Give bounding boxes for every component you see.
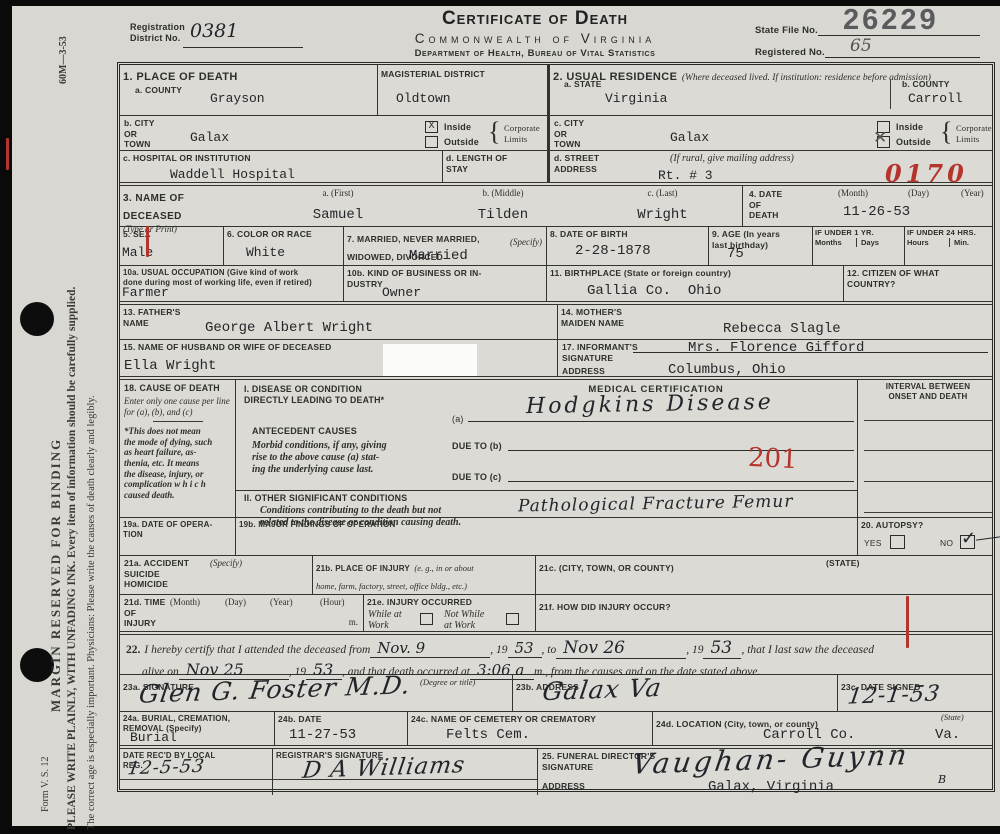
red-stamp-0170: 0170 — [885, 159, 968, 188]
cause-note-1: Enter only one cause per line for (a), (… — [124, 396, 231, 417]
place-county-cell: 1. PLACE OF DEATH a. COUNTY Grayson — [120, 65, 378, 115]
dod-year-label: (Year) — [961, 188, 984, 199]
hours-label: Hours — [907, 238, 949, 247]
physician-signature-cell: 23a. SIGNATURE (Degree or title) Glen G.… — [120, 675, 513, 711]
birthplace-cell: 11. BIRTHPLACE (State or foreign country… — [547, 266, 844, 301]
autopsy-no-label: NO — [940, 538, 953, 549]
date-received-cell: DATE REC'D BY LOCAL REG. 12-5-53 — [120, 749, 273, 795]
registered-no-line — [825, 36, 980, 58]
row-cause-of-death: 18. CAUSE OF DEATH Enter only one cause … — [120, 380, 992, 518]
degree-title-note: (Degree or title) — [420, 677, 475, 687]
place-corporate-label: Corporate Limits — [504, 123, 540, 144]
certify-from-year: 53 — [508, 639, 542, 658]
last-name-value: Wright — [586, 207, 739, 223]
middle-name-cell: b. (Middle) Tilden — [423, 186, 583, 226]
row-place-residence: 1. PLACE OF DEATH a. COUNTY Grayson MAGI… — [120, 65, 992, 116]
race-cell: 6. COLOR OR RACE White — [224, 227, 344, 265]
cemetery-label: 24c. NAME OF CEMETERY OR CREMATORY — [411, 714, 649, 725]
cause-a-label: (a) — [452, 414, 464, 425]
first-name-cell: a. (First) Samuel — [253, 186, 423, 226]
spouse-cell: 15. NAME OF HUSBAND OR WIFE OF DECEASED … — [120, 340, 558, 376]
state-file-stamp: 26229 — [843, 4, 939, 37]
certify-text-5: , that I last saw the deceased — [741, 644, 874, 656]
red-mark-injury — [906, 596, 909, 648]
redaction-box — [383, 344, 477, 376]
title-certificate-of-death: Certificate of Death — [330, 8, 740, 30]
red-mark-left-edge — [6, 138, 9, 170]
physician-signature-value: Glen G. Foster M.D. — [137, 670, 413, 708]
informant-address-label: ADDRESS — [562, 366, 605, 377]
cause-code-201: 201 — [747, 443, 798, 476]
accident-label: 21a. ACCIDENT SUICIDE HOMICIDE — [124, 558, 189, 590]
name-label-cell: 3. NAME OF DECEASED (Type or Print) — [120, 186, 253, 226]
date-signed-cell: 23c. DATE SIGNED 12-1-53 — [838, 675, 998, 711]
while-at-work-label: While at Work — [368, 609, 402, 631]
birthplace-value: Gallia Co. Ohio — [587, 283, 721, 299]
under-24hrs-columns: Hours Min. — [907, 238, 996, 247]
injury-city-cell: 21c. (CITY, TOWN, OR COUNTY) (STATE) — [536, 556, 998, 594]
under-24hrs-cell: IF UNDER 24 HRS. Hours Min. — [905, 227, 998, 265]
residence-county-label: b. COUNTY — [902, 79, 950, 90]
certify-text-3: , to — [542, 644, 557, 656]
industry-cell: 10b. KIND OF BUSINESS OR IN- DUSTRY Owne… — [344, 266, 547, 301]
not-while-at-work-checkbox — [506, 613, 519, 625]
autopsy-yes-checkbox — [890, 535, 905, 549]
burial-type-value: Burial — [130, 730, 177, 745]
certify-text-2: , 19 — [490, 644, 507, 656]
race-value: White — [246, 245, 285, 260]
occupation-value: Farmer — [122, 285, 169, 300]
row-registrar-funeral: DATE REC'D BY LOCAL REG. 12-5-53 REGISTR… — [120, 749, 992, 795]
place-city-cell: b. CITY OR TOWN Galax X Inside Outside {… — [120, 116, 548, 150]
residence-state-label: a. STATE — [564, 79, 602, 90]
middle-name-value: Tilden — [426, 207, 580, 223]
last-name-label: c. (Last) — [586, 188, 739, 199]
mother-cell: 14. MOTHER'S MAIDEN NAME Rebecca Slagle — [558, 305, 998, 339]
physician-address-cell: 23b. ADDRESS Galax Va — [513, 675, 838, 711]
margin-binding-note: MARGIN RESERVED FOR BINDING — [48, 438, 64, 712]
residence-corporate-label: Corporate Limits — [956, 123, 992, 144]
row-occupation: 10a. USUAL OCCUPATION (Give kind of work… — [120, 266, 992, 305]
spouse-label: 15. NAME OF HUSBAND OR WIFE OF DECEASED — [123, 342, 554, 353]
age-value: 75 — [727, 246, 744, 262]
accident-cell: 21a. ACCIDENT SUICIDE HOMICIDE (Specify) — [120, 556, 313, 594]
informant-address-value: Columbus, Ohio — [668, 362, 786, 378]
industry-label: 10b. KIND OF BUSINESS OR IN- DUSTRY — [347, 268, 543, 289]
sex-cell: 5. SEX Male — [120, 227, 224, 265]
marital-value: Married — [409, 248, 468, 264]
row-injury-bottom: 21d. TIME OF INJURY (Month) (Day) (Year)… — [120, 595, 992, 635]
row-physician-signature: 23a. SIGNATURE (Degree or title) Glen G.… — [120, 675, 992, 712]
informant-cell: 17. INFORMANT'S SIGNATURE Mrs. Florence … — [558, 340, 998, 376]
place-city-value: Galax — [190, 130, 229, 145]
registrar-signature-cell: REGISTRAR'S SIGNATURE D A Williams — [273, 749, 538, 795]
months-label: Months — [815, 238, 856, 247]
last-name-cell: c. (Last) Wright — [583, 186, 743, 226]
place-outside-checkbox — [425, 136, 438, 148]
place-city-label: b. CITY OR TOWN — [124, 118, 155, 150]
residence-divider — [890, 79, 891, 109]
hospital-value: Waddell Hospital — [170, 167, 295, 182]
street-address-cell: d. STREET ADDRESS (If rural, give mailin… — [548, 151, 998, 182]
residence-state-value: Virginia — [605, 91, 667, 106]
usual-residence-note: (Where deceased lived. If institution: r… — [682, 73, 931, 83]
row-injury-top: 21a. ACCIDENT SUICIDE HOMICIDE (Specify)… — [120, 556, 992, 595]
funeral-director-mark: B — [938, 773, 946, 786]
under-1yr-cell: IF UNDER 1 YR. Months Days — [813, 227, 905, 265]
other-conditions-divider — [236, 490, 857, 491]
dob-value: 2-28-1878 — [575, 243, 651, 259]
middle-name-label: b. (Middle) — [426, 188, 580, 199]
date-of-death-label: 4. DATE OF DEATH — [749, 189, 782, 221]
informant-label: 17. INFORMANT'S SIGNATURE — [562, 342, 638, 363]
cause-a-value: Hodgkins Disease — [526, 390, 774, 419]
operation-findings-cell: 19b. MAJOR FINDINGS OF OPERATION — [236, 518, 858, 555]
burial-location-cell: 24d. LOCATION (City, town, or county) (S… — [653, 712, 998, 745]
burial-location-state-label: (State) — [941, 712, 964, 722]
certify-to-year: 53 — [703, 638, 741, 659]
registered-no-value: 65 — [850, 36, 872, 56]
margin-print-code: 60M—3-53 — [58, 36, 69, 84]
injury-year-label: (Year) — [270, 597, 293, 608]
burial-location-state-value: Va. — [935, 727, 960, 743]
certificate-form: 1. PLACE OF DEATH a. COUNTY Grayson MAGI… — [117, 62, 995, 792]
red-mark-sex — [146, 226, 149, 257]
dod-day-label: (Day) — [908, 188, 929, 199]
magisterial-district-cell: MAGISTERIAL DISTRICT Oldtown — [378, 65, 548, 115]
funeral-director-cell: 25. FUNERAL DIRECTOR'S SIGNATURE Vaughan… — [538, 749, 998, 795]
row-city-town: b. CITY OR TOWN Galax X Inside Outside {… — [120, 116, 992, 151]
residence-city-value: Galax — [670, 130, 709, 145]
burial-date-cell: 24b. DATE 11-27-53 — [275, 712, 408, 745]
registration-district-line — [183, 26, 303, 48]
certify-to-date: Nov 26 — [556, 638, 686, 659]
date-of-death-value: 11-26-53 — [843, 204, 910, 220]
row-spouse-informant: 15. NAME OF HUSBAND OR WIFE OF DECEASED … — [120, 340, 992, 380]
antecedent-causes-label: ANTECEDENT CAUSES — [252, 426, 357, 437]
row-operation-autopsy: 19a. DATE OF OPERA- TION 19b. MAJOR FIND… — [120, 518, 992, 556]
interval-line-2 — [864, 450, 992, 451]
how-injury-cell: 21f. HOW DID INJURY OCCUR? — [536, 595, 998, 631]
under-1yr-label: IF UNDER 1 YR. — [815, 228, 902, 237]
row-vitals: 5. SEX Male 6. COLOR OR RACE White 7. MA… — [120, 227, 992, 266]
certify-from-date: Nov. 9 — [370, 639, 490, 658]
injury-city-label: 21c. (CITY, TOWN, OR COUNTY) — [539, 563, 674, 573]
operation-date-cell: 19a. DATE OF OPERA- TION — [120, 518, 236, 555]
place-corporate-brace: { — [488, 117, 500, 147]
cause-note-divider — [153, 421, 203, 422]
residence-inside-label: Inside — [896, 122, 923, 133]
residence-city-label: c. CITY OR TOWN — [554, 118, 584, 150]
place-county-value: Grayson — [210, 91, 265, 106]
registration-district-label: Registration District No. — [130, 22, 185, 45]
how-injury-label: 21f. HOW DID INJURY OCCUR? — [539, 602, 671, 612]
margin-write-plainly-note: PLEASE WRITE PLAINLY, WITH UNFADING INK.… — [66, 287, 78, 830]
autopsy-mark-tail — [976, 536, 1000, 540]
margin-form-number: Form V. S. 12 — [40, 757, 51, 812]
injury-hour-label: (Hour) — [320, 597, 345, 608]
cause-b-line — [508, 424, 854, 451]
injury-occurred-cell: 21e. INJURY OCCURRED While at Work Not W… — [364, 595, 536, 631]
name-of-deceased-label: 3. NAME OF DECEASED — [123, 193, 184, 222]
magisterial-district-value: Oldtown — [396, 91, 451, 106]
cause-c-line — [508, 454, 854, 482]
funeral-address-label: ADDRESS — [542, 781, 585, 792]
place-of-injury-cell: 21b. PLACE OF INJURY (e. g., in or about… — [313, 556, 536, 594]
autopsy-yes-label: YES — [864, 538, 882, 549]
physician-address-value: Galax Va — [541, 673, 664, 706]
mother-value: Rebecca Slagle — [723, 321, 841, 337]
residence-cell: 2. USUAL RESIDENCE (Where deceased lived… — [548, 65, 998, 115]
spouse-value: Ella Wright — [124, 358, 216, 374]
time-of-injury-label: 21d. TIME OF INJURY — [124, 597, 165, 629]
days-label: Days — [856, 238, 902, 247]
place-inside-checkbox: X — [425, 121, 438, 133]
burial-date-value: 11-27-53 — [289, 727, 356, 743]
title-department: Department of Health, Bureau of Vital St… — [330, 48, 740, 59]
magisterial-district-label: MAGISTERIAL DISTRICT — [381, 69, 544, 80]
sex-label: 5. SEX — [123, 229, 220, 240]
autopsy-no-mark: ✓ — [961, 528, 976, 549]
certification-line-1: 22. I hereby certify that I attended the… — [126, 638, 992, 659]
interval-cell: INTERVAL BETWEEN ONSET AND DEATH — [858, 380, 998, 517]
residence-city-cell: c. CITY OR TOWN Galax Inside ✕ Outside {… — [548, 116, 998, 150]
marital-note: (Specify) — [510, 237, 542, 248]
informant-value: Mrs. Florence Gifford — [688, 340, 864, 356]
date-signed-value: 12-1-53 — [846, 681, 942, 709]
injury-m-label: m. — [349, 617, 358, 628]
residence-corporate-brace: { — [940, 117, 952, 147]
street-address-value: Rt. # 3 — [658, 168, 713, 183]
dod-month-label: (Month) — [838, 188, 868, 199]
dob-label: 8. DATE OF BIRTH — [550, 229, 705, 240]
medical-certification-cell: I. DISEASE OR CONDITION DIRECTLY LEADING… — [236, 380, 858, 517]
other-conditions-label: II. OTHER SIGNIFICANT CONDITIONS — [244, 493, 407, 504]
length-of-stay-label: d. LENGTH OF STAY — [446, 153, 544, 174]
interval-line-1 — [864, 420, 992, 421]
occupation-cell: 10a. USUAL OCCUPATION (Give kind of work… — [120, 266, 344, 301]
age-cell: 9. AGE (In years last birthday) 75 — [709, 227, 813, 265]
cemetery-value: Felts Cem. — [446, 727, 530, 743]
certification-cell: 22. I hereby certify that I attended the… — [120, 635, 998, 674]
place-inside-label: Inside — [444, 122, 471, 133]
father-value: George Albert Wright — [205, 320, 373, 336]
death-certificate-scan: 60M—3-53 Form V. S. 12 MARGIN RESERVED F… — [0, 0, 1000, 834]
first-name-value: Samuel — [256, 207, 420, 223]
due-to-b-label: DUE TO (b) — [452, 441, 502, 452]
date-of-death-cell: 4. DATE OF DEATH (Month) (Day) (Year) 11… — [743, 186, 998, 226]
row-parents: 13. FATHER'S NAME George Albert Wright 1… — [120, 305, 992, 340]
punch-hole-top — [20, 302, 54, 336]
while-at-work-checkbox — [420, 613, 433, 625]
cause-instructions-cell: 18. CAUSE OF DEATH Enter only one cause … — [120, 380, 236, 517]
state-file-label: State File No. — [755, 25, 818, 37]
citizen-label: 12. CITIZEN OF WHAT COUNTRY? — [847, 268, 995, 289]
industry-value: Owner — [382, 285, 421, 300]
margin-age-note: The correct age is especially important.… — [86, 395, 97, 830]
under-1yr-columns: Months Days — [815, 238, 902, 247]
cemetery-cell: 24c. NAME OF CEMETERY OR CREMATORY Felts… — [408, 712, 653, 745]
disease-condition-label: I. DISEASE OR CONDITION DIRECTLY LEADING… — [244, 384, 384, 406]
place-outside-label: Outside — [444, 137, 479, 148]
injury-month-label: (Month) — [170, 597, 200, 608]
date-received-divider — [120, 779, 272, 780]
burial-date-label: 24b. DATE — [278, 714, 404, 725]
due-to-c-label: DUE TO (c) — [452, 472, 501, 483]
time-of-injury-cell: 21d. TIME OF INJURY (Month) (Day) (Year)… — [120, 595, 364, 631]
autopsy-cell: 20. AUTOPSY? YES NO ✓ — [858, 518, 998, 555]
burial-type-cell: 24a. BURIAL, CREMATION, REMOVAL (Specify… — [120, 712, 275, 745]
interval-line-4 — [864, 512, 992, 513]
residence-county-value: Carroll — [908, 91, 963, 106]
injury-state-label: (STATE) — [826, 558, 860, 569]
residence-outside-label: Outside — [896, 137, 931, 148]
residence-outside-mark: ✕ — [873, 128, 887, 148]
cause-note-2: *This does not mean the mode of dying, s… — [124, 426, 231, 500]
place-of-injury-label: 21b. PLACE OF INJURY — [316, 564, 410, 573]
funeral-address-value: Galax, Virginia — [708, 779, 834, 795]
injury-occurred-label: 21e. INJURY OCCURRED — [367, 597, 532, 608]
first-name-label: a. (First) — [256, 188, 420, 199]
certify-text-1: I hereby certify that I attended the dec… — [144, 644, 370, 656]
title-commonwealth: Commonwealth of Virginia — [330, 31, 740, 46]
accident-note: (Specify) — [210, 558, 242, 569]
length-of-stay-cell: d. LENGTH OF STAY — [443, 151, 548, 182]
place-of-death-label: 1. PLACE OF DEATH — [123, 71, 238, 83]
injury-day-label: (Day) — [225, 597, 246, 608]
operation-date-label: 19a. DATE OF OPERA- TION — [123, 520, 232, 540]
dob-cell: 8. DATE OF BIRTH 2-28-1878 — [547, 227, 709, 265]
other-conditions-value: Pathological Fracture Femur — [518, 492, 794, 517]
date-received-value: 12-5-53 — [126, 756, 206, 780]
min-label: Min. — [949, 238, 996, 247]
race-label: 6. COLOR OR RACE — [227, 229, 340, 240]
row-name-dod: 3. NAME OF DECEASED (Type or Print) a. (… — [120, 186, 992, 227]
certify-number: 22. — [126, 644, 140, 656]
street-address-note: (If rural, give mailing address) — [670, 153, 794, 165]
operation-findings-label: 19b. MAJOR FINDINGS OF OPERATION — [239, 520, 854, 530]
certify-text-4: , 19 — [686, 644, 703, 656]
interval-label: INTERVAL BETWEEN ONSET AND DEATH — [861, 382, 995, 402]
form-title-block: Certificate of Death Commonwealth of Vir… — [330, 8, 740, 59]
cause-of-death-label: 18. CAUSE OF DEATH — [124, 383, 231, 394]
birthplace-label: 11. BIRTHPLACE (State or foreign country… — [550, 268, 840, 279]
hospital-label: c. HOSPITAL OR INSTITUTION — [123, 153, 439, 164]
citizen-cell: 12. CITIZEN OF WHAT COUNTRY? — [844, 266, 998, 301]
not-while-at-work-label: Not While at Work — [444, 609, 484, 631]
hospital-cell: c. HOSPITAL OR INSTITUTION Waddell Hospi… — [120, 151, 443, 182]
interval-line-3 — [864, 481, 992, 482]
antecedent-note: Morbid conditions, if any, giving rise t… — [252, 440, 387, 475]
registrar-divider — [273, 779, 537, 780]
under-24hrs-label: IF UNDER 24 HRS. — [907, 228, 996, 237]
father-cell: 13. FATHER'S NAME George Albert Wright — [120, 305, 558, 339]
row-hospital-street: c. HOSPITAL OR INSTITUTION Waddell Hospi… — [120, 151, 992, 186]
street-address-label: d. STREET ADDRESS — [554, 153, 599, 174]
marital-cell: 7. MARRIED, NEVER MARRIED, WIDOWED, DIVO… — [344, 227, 547, 265]
registered-no-label: Registered No. — [755, 47, 825, 59]
row-certification: 22. I hereby certify that I attended the… — [120, 635, 992, 675]
